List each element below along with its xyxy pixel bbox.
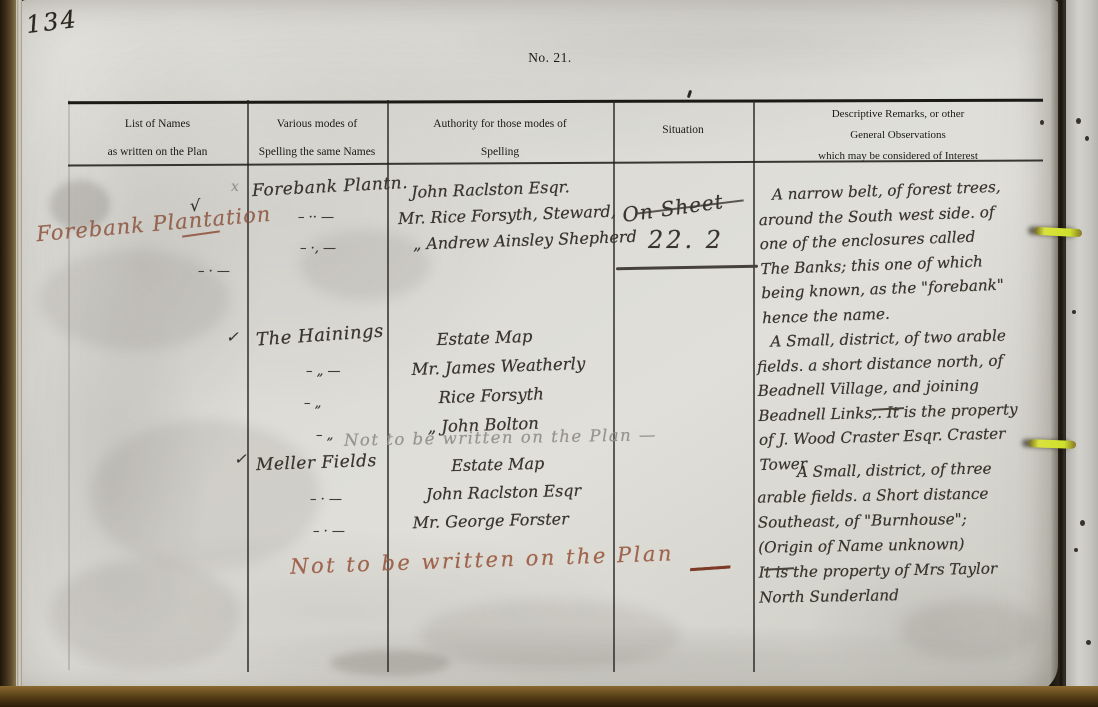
binding-hole bbox=[1076, 118, 1081, 124]
binding-hole bbox=[1080, 520, 1085, 526]
row1-authority: John Raclston Esqr. Mr. Rice Forsyth, St… bbox=[397, 172, 637, 258]
column-header-line: Situation bbox=[613, 124, 753, 136]
authority-line: Mr. George Forster bbox=[412, 505, 582, 537]
column-header-line: Descriptive Remarks, or other bbox=[753, 104, 1043, 125]
row3-spelling: Meller Fields bbox=[256, 451, 377, 475]
binding-hole bbox=[1074, 548, 1078, 552]
column-header-line: General Observations bbox=[753, 125, 1043, 146]
row2-remarks: A Small, district, of two arable fields.… bbox=[756, 322, 1065, 477]
authority-line: Mr. James Weatherly bbox=[411, 349, 586, 384]
column-header-situation: Situation bbox=[613, 124, 753, 136]
authority-line: John Raclston Esqr bbox=[412, 477, 582, 509]
sheet-number: No. 21. bbox=[470, 50, 630, 66]
row2-check-mark: ✓ bbox=[226, 328, 239, 346]
row2-spelling-ditto: – „ — bbox=[306, 364, 341, 379]
row1-remarks: A narrow belt, of forest trees, around t… bbox=[758, 173, 1063, 331]
footer-note-dash: — bbox=[686, 539, 733, 593]
row2-authority: Estate Map Mr. James Weatherly Rice Fors… bbox=[410, 320, 588, 442]
row3-spelling-ditto: – · — bbox=[310, 492, 342, 507]
row2-spelling-ditto: – „ bbox=[304, 396, 321, 411]
binding-hole bbox=[1086, 640, 1091, 645]
stain bbox=[420, 600, 680, 670]
column-header-remarks: Descriptive Remarks, or other General Ob… bbox=[753, 104, 1043, 167]
column-header-authority: Authority for those modes of Spelling bbox=[387, 110, 613, 166]
table-left-rule bbox=[68, 100, 70, 670]
column-divider bbox=[247, 100, 249, 672]
column-divider bbox=[753, 100, 755, 672]
column-header-line: Spelling bbox=[387, 138, 613, 166]
binding-hole bbox=[1040, 120, 1044, 125]
column-header-spelling-modes: Various modes of Spelling the same Names bbox=[247, 110, 387, 166]
stain bbox=[50, 560, 240, 670]
row1-situation-number: 22. 2 bbox=[648, 226, 724, 254]
column-header-line: List of Names bbox=[68, 110, 247, 138]
column-header-line: which may be considered of Interest bbox=[753, 146, 1043, 167]
binding-stitch bbox=[1028, 439, 1076, 449]
row1-insertion-caret: √ bbox=[190, 196, 200, 215]
column-header-line: Various modes of bbox=[247, 110, 387, 138]
stain bbox=[330, 650, 450, 676]
row2-spelling-ditto: – „ bbox=[316, 428, 333, 443]
binding-hole bbox=[1085, 136, 1089, 141]
column-header-line: Spelling the same Names bbox=[247, 138, 387, 166]
column-header-line: as written on the Plan bbox=[68, 138, 247, 166]
binding-hole bbox=[1072, 310, 1076, 314]
book-spine bbox=[0, 0, 16, 707]
stain bbox=[900, 600, 1040, 660]
row1-pencil-mark: x bbox=[231, 179, 239, 195]
remarks-line: North Sunderland bbox=[759, 580, 1064, 610]
row3-spelling-ditto: – · — bbox=[313, 524, 345, 539]
row3-authority: Estate Map John Raclston Esqr Mr. George… bbox=[411, 449, 582, 537]
row1-name-ditto: – · — bbox=[198, 264, 230, 279]
column-header-line: Authority for those modes of bbox=[387, 110, 613, 138]
stain bbox=[90, 420, 320, 570]
row1-spelling-ditto: – ·, — bbox=[300, 241, 336, 256]
desk-edge bbox=[0, 686, 1098, 707]
adjacent-page-edge bbox=[1066, 0, 1098, 690]
column-header-names: List of Names as written on the Plan bbox=[68, 110, 247, 166]
row1-spelling-ditto: – ·· — bbox=[298, 210, 334, 225]
row3-check-mark: ✓ bbox=[234, 450, 247, 468]
authority-line: Estate Map bbox=[411, 449, 581, 481]
row3-remarks: A Small, district, of three arable field… bbox=[757, 455, 1065, 610]
